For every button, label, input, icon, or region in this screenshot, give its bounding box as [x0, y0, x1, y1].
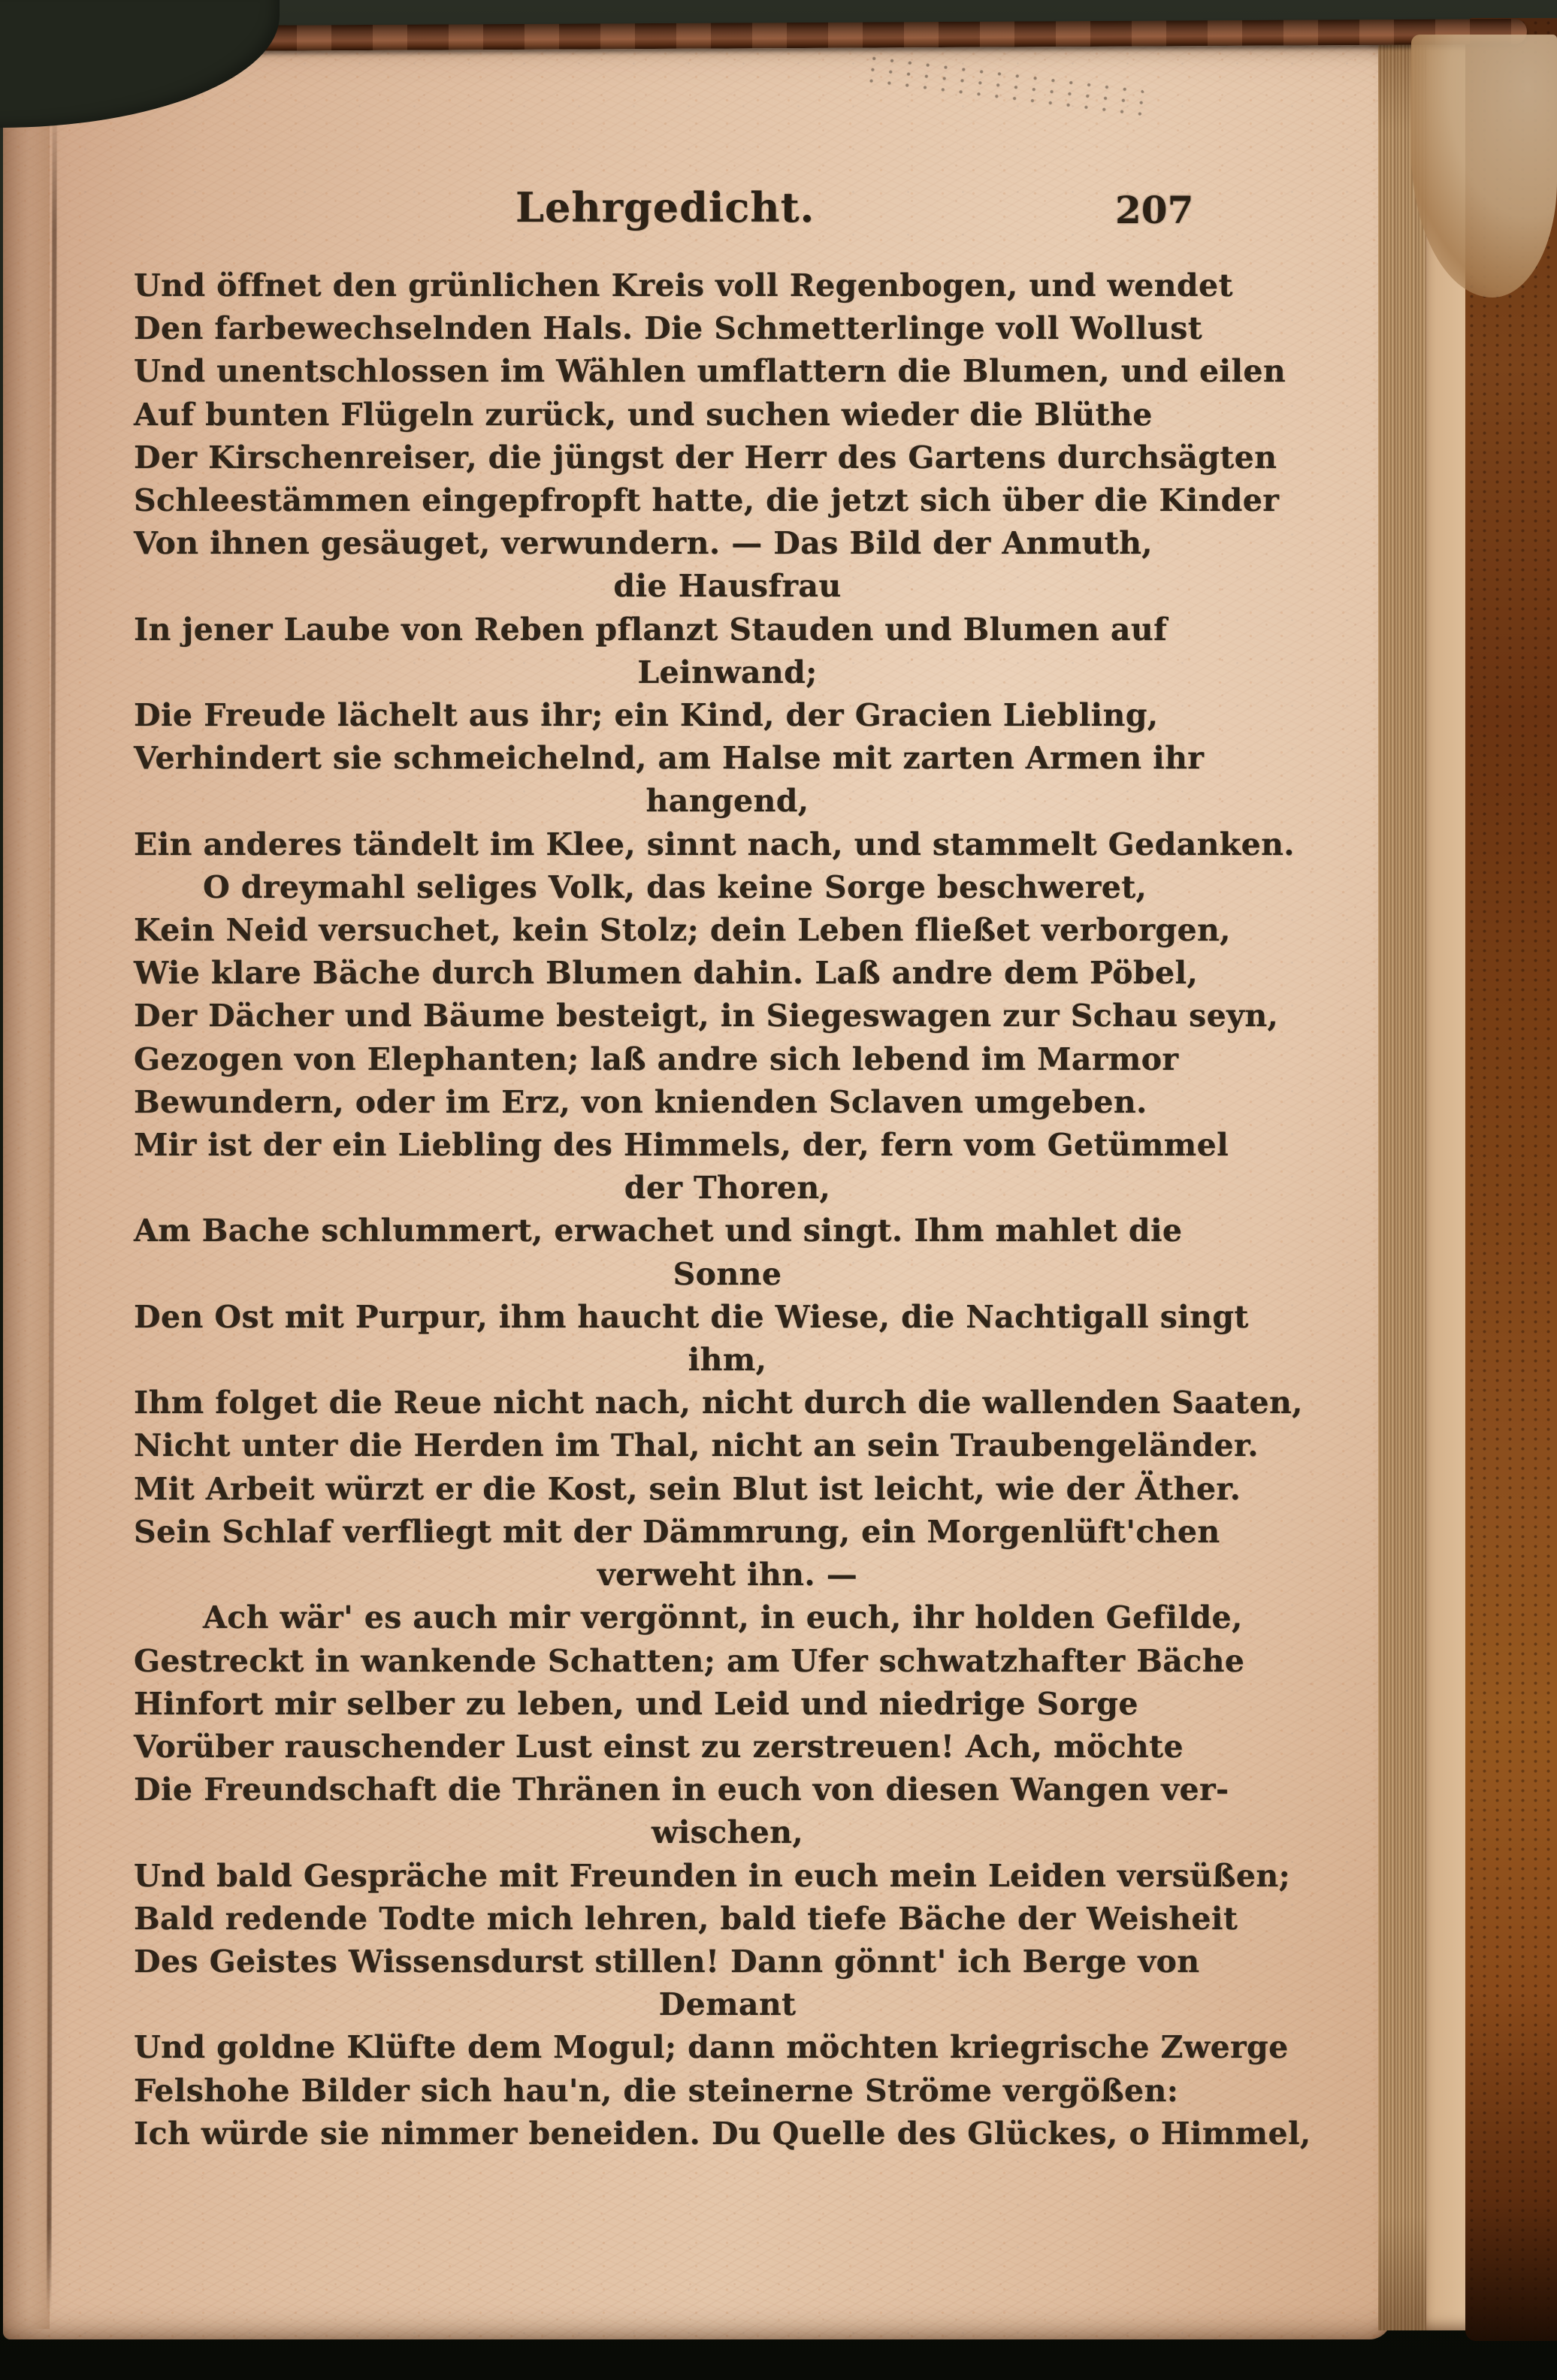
poem-line: Vorüber rauschender Lust einst zu zerstr… — [134, 1726, 1321, 1768]
poem-line: der Thoren, — [134, 1167, 1321, 1210]
poem-line: Auf bunten Flügeln zurück, und suchen wi… — [134, 394, 1321, 436]
poem-line: Schleestämmen eingepfropft hatte, die je… — [134, 479, 1321, 522]
poem-line: Den farbewechselnden Hals. Die Schmetter… — [134, 307, 1321, 350]
gutter-fold-shading — [3, 90, 50, 2329]
poem-line: Wie klare Bäche durch Blumen dahin. Laß … — [134, 952, 1321, 995]
poem-line: Bewundern, oder im Erz, von knienden Scl… — [134, 1081, 1321, 1124]
poem-line: ihm, — [134, 1339, 1321, 1382]
poem-line: Und bald Gespräche mit Freunden in euch … — [134, 1855, 1321, 1898]
book-page-scan: Lehrgedicht. 207 Und öffnet den grünlich… — [0, 0, 1557, 2380]
poem-line: Felshohe Bilder sich hau'n, die steinern… — [134, 2070, 1321, 2113]
poem-line: Am Bache schlummert, erwachet und singt.… — [134, 1210, 1321, 1252]
poem-line: Von ihnen gesäuget, verwundern. — Das Bi… — [134, 522, 1321, 565]
poem-line: Die Freude lächelt aus ihr; ein Kind, de… — [134, 694, 1321, 737]
poem-line: Gestreckt in wankende Schatten; am Ufer … — [134, 1640, 1321, 1683]
poem-line: In jener Laube von Reben pflanzt Stauden… — [134, 609, 1321, 651]
poem-line: die Hausfrau — [134, 565, 1321, 608]
poem-text-block: Und öffnet den grünlichen Kreis voll Reg… — [134, 264, 1321, 2155]
poem-line: Den Ost mit Purpur, ihm haucht die Wiese… — [134, 1296, 1321, 1339]
poem-line: Ihm folget die Reue nicht nach, nicht du… — [134, 1382, 1321, 1424]
poem-line: Des Geistes Wissensdurst stillen! Dann g… — [134, 1941, 1321, 1983]
book-cover-leather-edge — [1465, 18, 1557, 2341]
poem-line: Sein Schlaf verfliegt mit der Dämmrung, … — [134, 1511, 1321, 1554]
poem-line: Ich würde sie nimmer beneiden. Du Quelle… — [134, 2113, 1321, 2155]
poem-line: Und goldne Klüfte dem Mogul; dann möchte… — [134, 2026, 1321, 2069]
poem-line: Demant — [134, 1983, 1321, 2026]
poem-line: Und unentschlossen im Wählen umflattern … — [134, 350, 1321, 393]
poem-line: wischen, — [134, 1811, 1321, 1854]
page-header: Lehrgedicht. 207 — [134, 183, 1321, 239]
poem-line: Und öffnet den grünlichen Kreis voll Reg… — [134, 264, 1321, 307]
poem-line: Mit Arbeit würzt er die Kost, sein Blut … — [134, 1468, 1321, 1511]
poem-line: Ach wär' es auch mir vergönnt, in euch, … — [134, 1596, 1321, 1639]
poem-line: Hinfort mir selber zu leben, und Leid un… — [134, 1683, 1321, 1726]
poem-line: Sonne — [134, 1253, 1321, 1296]
poem-line: Mir ist der ein Liebling des Himmels, de… — [134, 1124, 1321, 1167]
poem-line: Nicht unter die Herden im Thal, nicht an… — [134, 1424, 1321, 1467]
poem-line: Die Freundschaft die Thränen in euch von… — [134, 1768, 1321, 1811]
poem-line: Bald redende Todte mich lehren, bald tie… — [134, 1898, 1321, 1941]
page-number: 207 — [1115, 189, 1193, 231]
poem-line: Der Kirschenreiser, die jüngst der Herr … — [134, 436, 1321, 479]
poem-line: Der Dächer und Bäume besteigt, in Sieges… — [134, 995, 1321, 1037]
poem-line: Leinwand; — [134, 651, 1321, 694]
poem-line: Gezogen von Elephanten; laß andre sich l… — [134, 1038, 1321, 1081]
poem-line: hangend, — [134, 780, 1321, 823]
poem-line: O dreymahl seliges Volk, das keine Sorge… — [134, 866, 1321, 909]
poem-line: Verhindert sie schmeichelnd, am Halse mi… — [134, 737, 1321, 780]
running-title: Lehrgedicht. — [515, 183, 815, 231]
poem-line: Ein anderes tändelt im Klee, sinnt nach,… — [134, 823, 1321, 866]
poem-line: Kein Neid versuchet, kein Stolz; dein Le… — [134, 909, 1321, 952]
poem-line: verweht ihn. — — [134, 1554, 1321, 1596]
